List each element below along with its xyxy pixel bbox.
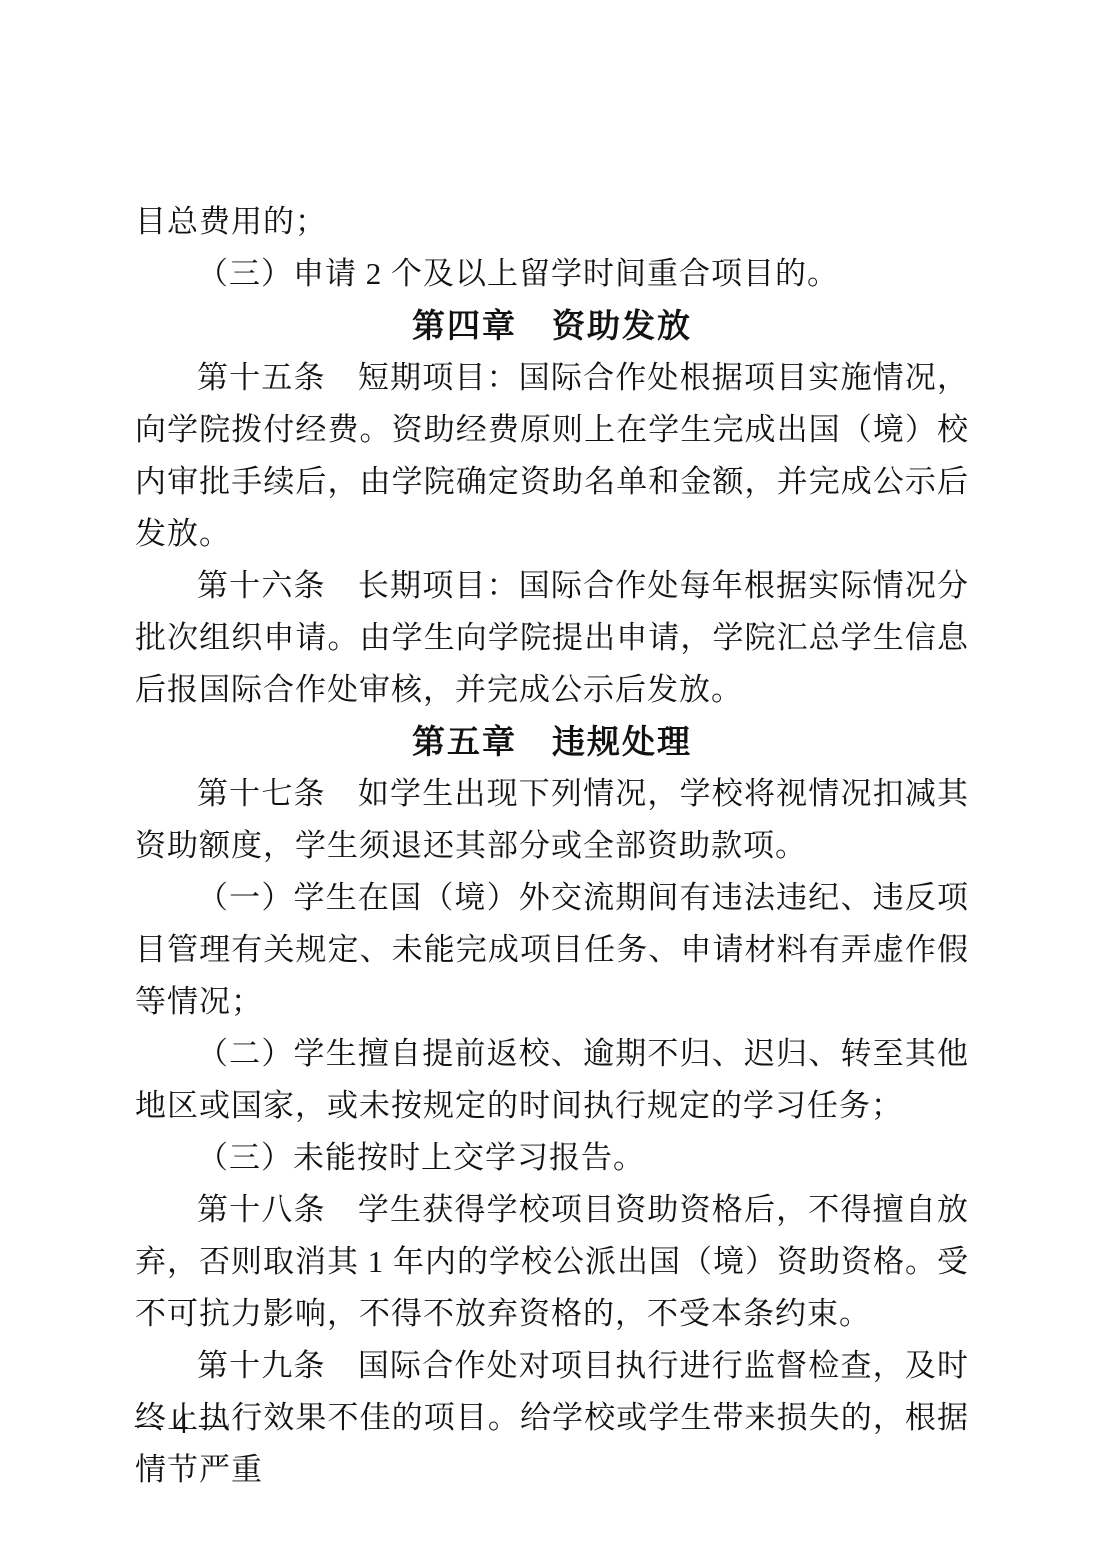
paragraph: （二）学生擅自提前返校、逾期不归、迟归、转至其他地区或国家，或未按规定的时间执行… [135, 1028, 969, 1132]
paragraph: 第十九条 国际合作处对项目执行进行监督检查，及时终止执行效果不佳的项目。给学校或… [135, 1340, 969, 1496]
page-number: — 4 — [135, 1409, 229, 1440]
paragraph: （一）学生在国（境）外交流期间有违法违纪、违反项目管理有关规定、未能完成项目任务… [135, 872, 969, 1028]
paragraph: （三）未能按时上交学习报告。 [135, 1132, 969, 1184]
paragraph: 第十七条 如学生出现下列情况，学校将视情况扣减其资助额度，学生须退还其部分或全部… [135, 768, 969, 872]
chapter-heading: 第五章 违规处理 [135, 716, 969, 768]
paragraph: 第十八条 学生获得学校项目资助资格后，不得擅自放弃，否则取消其 1 年内的学校公… [135, 1184, 969, 1340]
document-body: 目总费用的；（三）申请 2 个及以上留学时间重合项目的。第四章 资助发放第十五条… [135, 196, 969, 1496]
chapter-heading: 第四章 资助发放 [135, 300, 969, 352]
paragraph: 第十五条 短期项目：国际合作处根据项目实施情况，向学院拨付经费。资助经费原则上在… [135, 352, 969, 560]
paragraph: （三）申请 2 个及以上留学时间重合项目的。 [135, 248, 969, 300]
page-footer: — 4 — [135, 1399, 229, 1451]
paragraph: 第十六条 长期项目：国际合作处每年根据实际情况分批次组织申请。由学生向学院提出申… [135, 560, 969, 716]
paragraph: 目总费用的； [135, 196, 969, 248]
document-page: 目总费用的；（三）申请 2 个及以上留学时间重合项目的。第四章 资助发放第十五条… [0, 0, 1102, 1559]
